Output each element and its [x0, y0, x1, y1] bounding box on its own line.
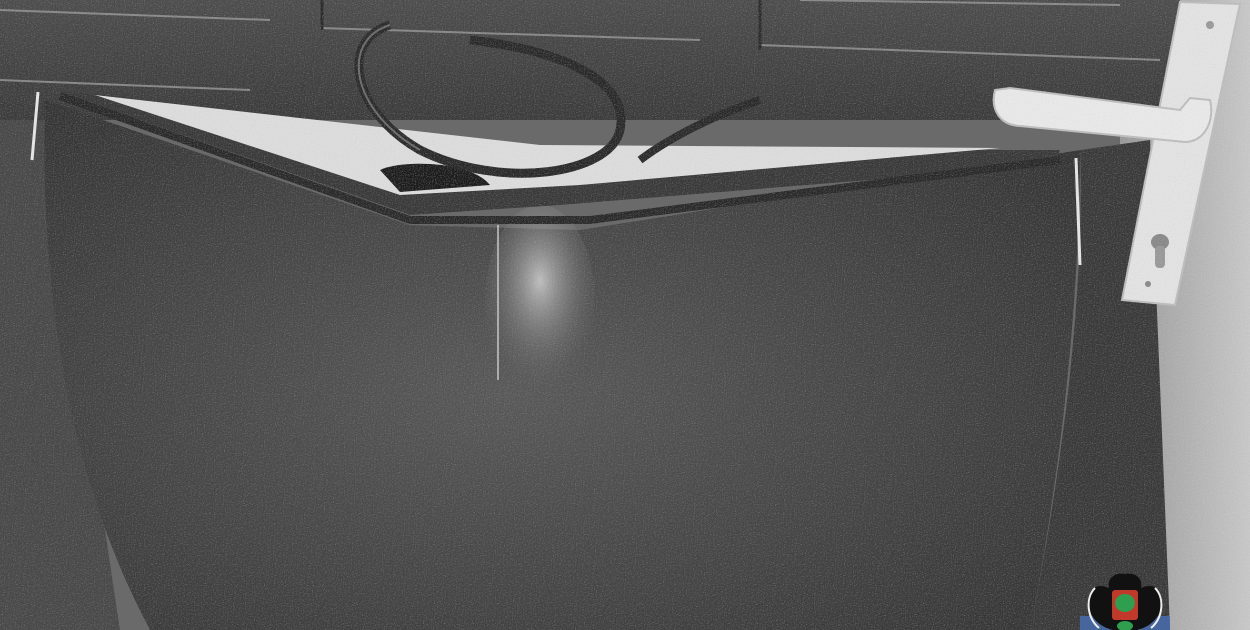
door-reflection [485, 205, 595, 395]
plate-screw-icon [1206, 21, 1214, 29]
photo-scene [0, 0, 1250, 630]
photo-illustration [0, 0, 1250, 630]
